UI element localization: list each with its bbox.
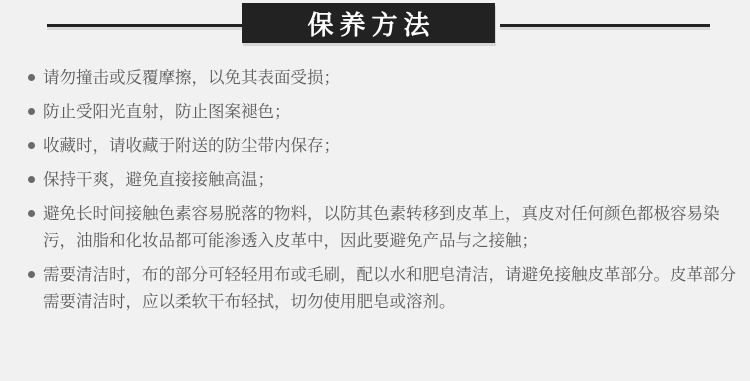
section-title: 保养方法 (301, 5, 435, 42)
list-item: 防止受阳光直射，防止图案褪色； (26, 98, 736, 125)
list-item: 需要清洁时，布的部分可轻轻用布或毛刷，配以水和肥皂清洁，请避免接触皮革部分。皮革… (26, 261, 736, 315)
list-item: 保持干爽，避免直接接触高温； (26, 166, 736, 193)
bullet-dot-icon (28, 142, 35, 149)
bullet-dot-icon (28, 210, 35, 217)
bullet-dot-icon (28, 176, 35, 183)
list-item-text: 保持干爽，避免直接接触高温； (43, 170, 274, 189)
list-item-text: 防止受阳光直射，防止图案褪色； (43, 102, 291, 121)
list-item-text: 需要清洁时，布的部分可轻轻用布或毛刷，配以水和肥皂清洁，请避免接触皮革部分。皮革… (43, 265, 736, 311)
bullet-dot-icon (28, 271, 35, 278)
bullet-dot-icon (28, 74, 35, 81)
care-instructions-list: 请勿撞击或反覆摩擦，以免其表面受损； 防止受阳光直射，防止图案褪色； 收藏时，请… (26, 64, 736, 322)
list-item-text: 避免长时间接触色素容易脱落的物料，以防其色素转移到皮革上，真皮对任何颜色都极容易… (43, 204, 720, 250)
list-item-text: 请勿撞击或反覆摩擦，以免其表面受损； (43, 68, 340, 87)
section-title-box: 保养方法 (242, 3, 495, 43)
title-rule-right (500, 24, 710, 27)
list-item: 请勿撞击或反覆摩擦，以免其表面受损； (26, 64, 736, 91)
list-item-text: 收藏时，请收藏于附送的防尘带内保存； (43, 136, 340, 155)
bullet-dot-icon (28, 108, 35, 115)
list-item: 收藏时，请收藏于附送的防尘带内保存； (26, 132, 736, 159)
list-item: 避免长时间接触色素容易脱落的物料，以防其色素转移到皮革上，真皮对任何颜色都极容易… (26, 200, 736, 254)
